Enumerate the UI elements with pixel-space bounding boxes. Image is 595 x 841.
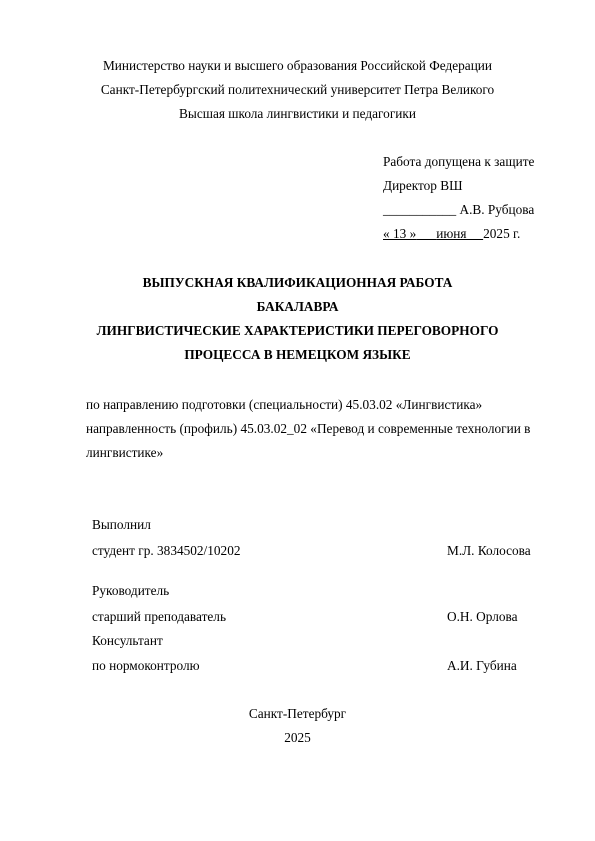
direction-line-1: по направлению подготовки (специальности…: [86, 397, 482, 413]
approval-date: « 13 » июня 2025 г.: [383, 226, 520, 242]
date-gap: [416, 226, 436, 241]
date-month: июня: [436, 226, 466, 241]
direction-line-2: направленность (профиль) 45.03.02_02 «Пе…: [86, 421, 530, 437]
date-trail: [467, 226, 484, 241]
consultant-role: по нормоконтролю: [92, 658, 200, 674]
consultant-label: Консультант: [92, 633, 163, 649]
author-role: студент гр. 3834502/10202: [92, 543, 241, 559]
university-name: Санкт-Петербургский политехнический унив…: [0, 82, 595, 98]
ministry-name: Министерство науки и высшего образования…: [0, 58, 595, 74]
year: 2025: [0, 730, 595, 746]
approval-admitted: Работа допущена к защите: [383, 154, 534, 170]
work-type: ВЫПУСКНАЯ КВАЛИФИКАЦИОННАЯ РАБОТА: [0, 275, 595, 291]
signature-line: ___________: [383, 202, 456, 217]
supervisor-label: Руководитель: [92, 583, 169, 599]
approval-signature: ___________ А.В. Рубцова: [383, 202, 534, 218]
director-name: А.В. Рубцова: [459, 202, 534, 217]
date-day: « 13 »: [383, 226, 416, 241]
consultant-name: А.И. Губина: [447, 658, 517, 674]
approval-position: Директор ВШ: [383, 178, 463, 194]
author-name: М.Л. Колосова: [447, 543, 531, 559]
city: Санкт-Петербург: [0, 706, 595, 722]
supervisor-role: старший преподаватель: [92, 609, 226, 625]
direction-line-3: лингвистике»: [86, 445, 163, 461]
school-name: Высшая школа лингвистики и педагогики: [0, 106, 595, 122]
thesis-title-line-2: ПРОЦЕССА В НЕМЕЦКОМ ЯЗЫКЕ: [0, 347, 595, 363]
supervisor-name: О.Н. Орлова: [447, 609, 518, 625]
degree: БАКАЛАВРА: [0, 299, 595, 315]
author-label: Выполнил: [92, 517, 151, 533]
date-year: 2025 г.: [483, 226, 520, 241]
thesis-title-line-1: ЛИНГВИСТИЧЕСКИЕ ХАРАКТЕРИСТИКИ ПЕРЕГОВОР…: [0, 323, 595, 339]
